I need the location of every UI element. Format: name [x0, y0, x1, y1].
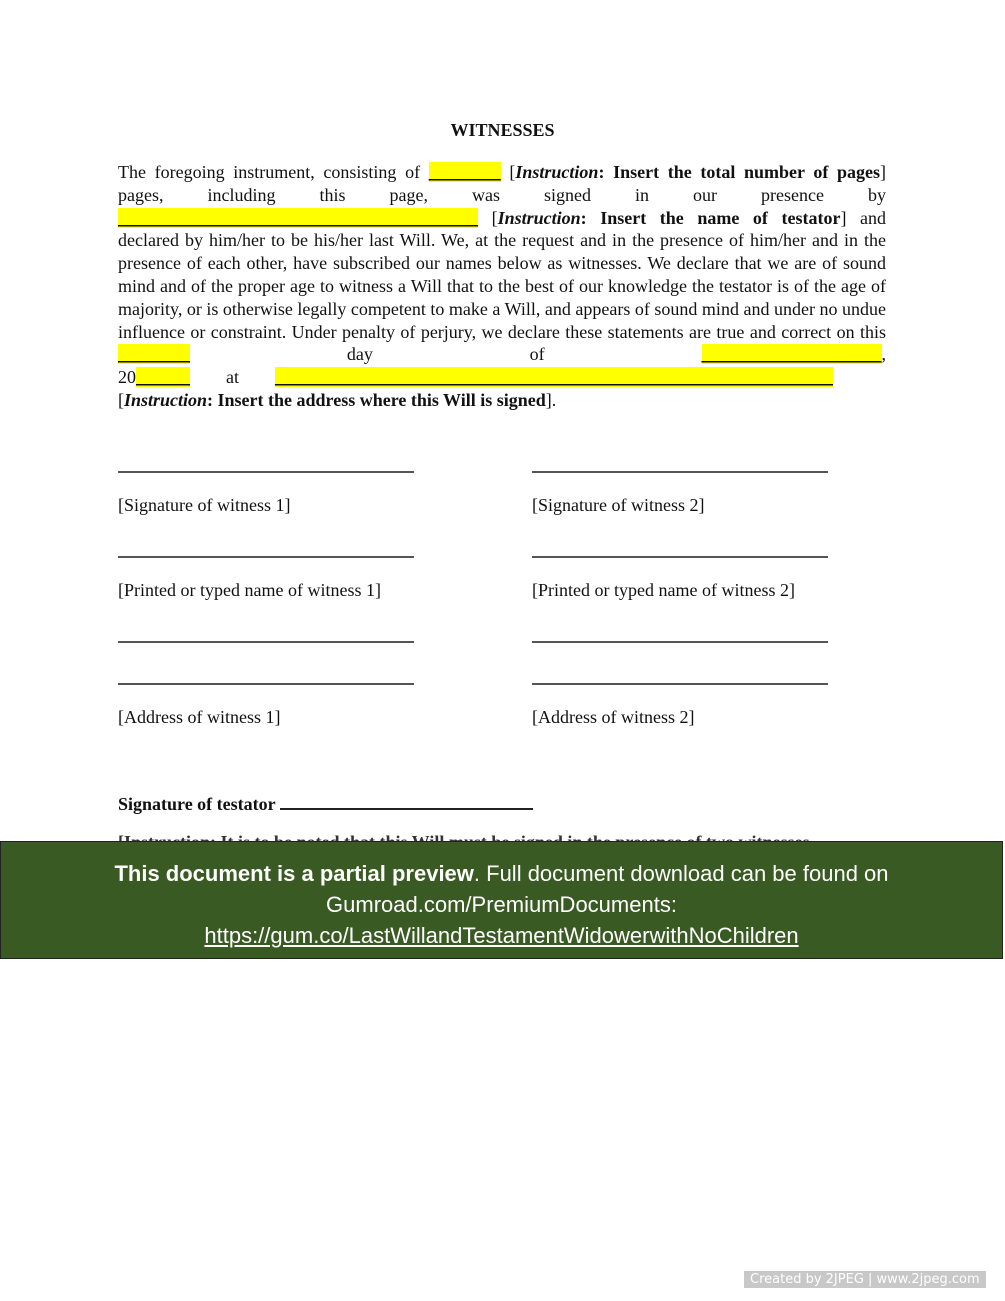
instruction-text: : Insert the address where this Will is … [207, 390, 546, 410]
witness2-address-line-2[interactable] [532, 683, 828, 685]
instruction-label: Instruction [498, 208, 581, 228]
testator-signature-line[interactable] [280, 792, 533, 810]
blank-month[interactable]: ____________________ [702, 344, 882, 364]
text: ]. [546, 390, 557, 410]
text: [ [501, 162, 516, 182]
witness2-signature-label: [Signature of witness 2] [532, 495, 704, 516]
banner-bold-text: This document is a partial preview [114, 861, 473, 886]
text: [ [478, 208, 498, 228]
text: at [190, 367, 275, 387]
witness1-signature-line[interactable] [118, 471, 414, 473]
download-link[interactable]: https://gum.co/LastWillandTestamentWidow… [204, 923, 798, 948]
instruction-text: : Insert the name of testator [581, 208, 841, 228]
blank-address[interactable]: ________________________________________… [275, 367, 833, 387]
testator-signature: Signature of testator [118, 792, 533, 815]
instruction-label: Instruction [515, 162, 598, 182]
banner-line-2: Gumroad.com/PremiumDocuments: [1, 889, 1002, 920]
witness2-name-label: [Printed or typed name of witness 2] [532, 580, 795, 601]
preview-banner: This document is a partial preview. Full… [0, 841, 1003, 959]
witness1-address-line-1[interactable] [118, 641, 414, 643]
instruction-text: : Insert the total number of pages [598, 162, 880, 182]
witness1-address-label: [Address of witness 1] [118, 707, 280, 728]
section-title: WITNESSES [0, 120, 1005, 141]
witness1-address-line-2[interactable] [118, 683, 414, 685]
instruction-label: Instruction [124, 390, 207, 410]
blank-day[interactable]: ________ [118, 344, 190, 364]
witness2-address-label: [Address of witness 2] [532, 707, 694, 728]
blank-testator-name[interactable]: ________________________________________ [118, 208, 478, 228]
text: The foregoing instrument, consisting of [118, 162, 429, 182]
banner-line-1: This document is a partial preview. Full… [1, 858, 1002, 889]
blank-year[interactable]: ______ [136, 367, 190, 387]
watermark: Created by 2JPEG | www.2jpeg.com [744, 1271, 986, 1288]
witness1-name-line[interactable] [118, 556, 414, 558]
text: day of [190, 344, 702, 364]
witness2-name-line[interactable] [532, 556, 828, 558]
blank-page-count[interactable]: ________ [429, 162, 501, 182]
testator-signature-label: Signature of testator [118, 794, 275, 814]
banner-text: . Full document download can be found on [474, 861, 889, 886]
witness2-address-line-1[interactable] [532, 641, 828, 643]
witness2-signature-line[interactable] [532, 471, 828, 473]
witness-attestation-paragraph: The foregoing instrument, consisting of … [118, 161, 886, 412]
witness1-name-label: [Printed or typed name of witness 1] [118, 580, 381, 601]
witness1-signature-label: [Signature of witness 1] [118, 495, 290, 516]
